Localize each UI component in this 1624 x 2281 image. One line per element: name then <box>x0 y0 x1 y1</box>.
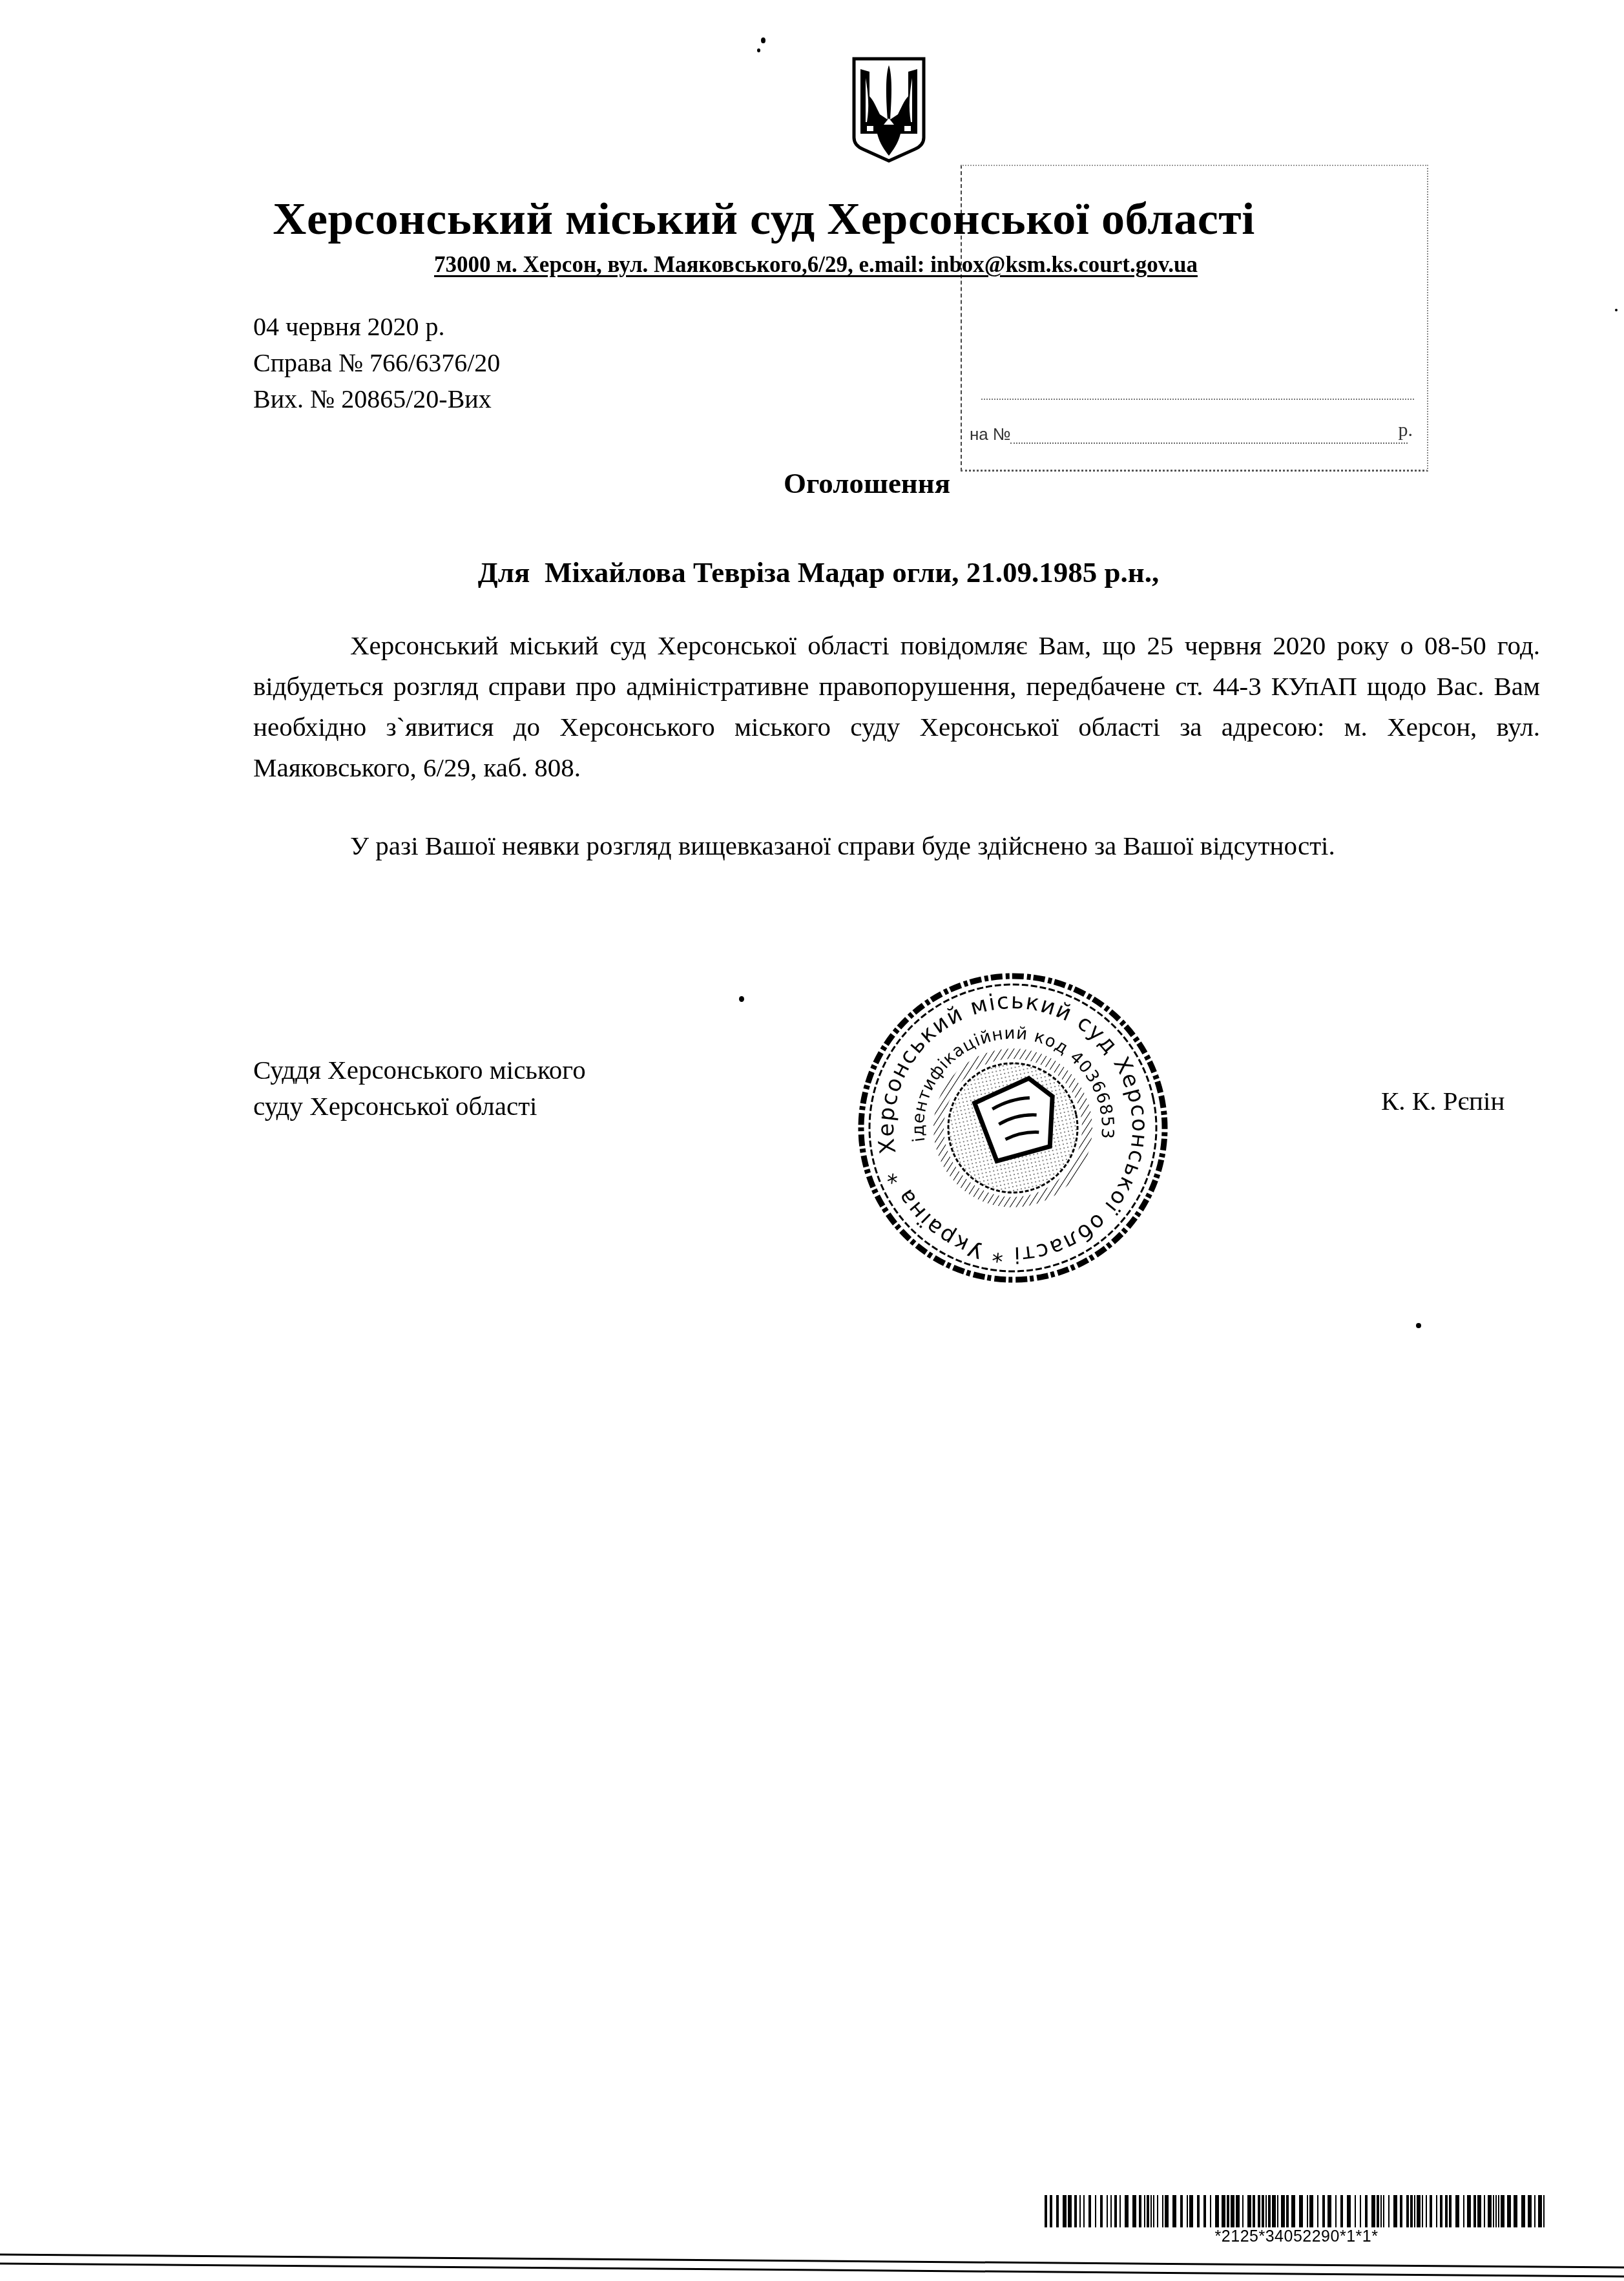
court-seal-stamp: Херсонський міський суд Херсонської обла… <box>851 966 1174 1289</box>
absence-paragraph: У разі Вашої неявки розгляд вищевказаної… <box>253 826 1540 866</box>
barcode-number: *2125*34052290*1*1* <box>1045 2227 1548 2246</box>
judge-name: К. К. Рєпін <box>1381 1085 1504 1116</box>
announcement-title: Оголошення <box>0 466 1624 500</box>
addressee-line: Для Міхайлова Тевріза Мадар огли, 21.09.… <box>0 556 1624 589</box>
scan-speck <box>1615 309 1618 311</box>
scan-speck <box>757 48 760 52</box>
judge-title-line2: суду Херсонської області <box>253 1088 586 1124</box>
scan-speck <box>761 37 765 43</box>
scan-speck <box>739 996 744 1002</box>
document-barcode <box>1045 2195 1548 2227</box>
outgoing-number: Вих. № 20865/20-Вих <box>253 381 492 417</box>
judge-title-line1: Суддя Херсонського міського <box>253 1052 586 1088</box>
ukraine-coat-of-arms-icon <box>848 55 930 165</box>
court-name-heading: Херсонський міський суд Херсонської обла… <box>0 194 1624 245</box>
scan-edge-lines <box>0 2248 1624 2280</box>
court-address-line: 73000 м. Херсон, вул. Маяковського,6/29,… <box>434 252 1198 278</box>
document-date: 04 червня 2020 р. <box>253 309 445 345</box>
case-number: Справа № 766/6376/20 <box>253 345 500 381</box>
notice-paragraph: Херсонський міський суд Херсонської обла… <box>253 625 1540 788</box>
registry-ref-label: на № <box>970 424 1011 444</box>
registry-year-suffix: р. <box>1399 419 1413 441</box>
registry-line <box>981 399 1414 400</box>
judge-title: Суддя Херсонського міського суду Херсонс… <box>253 1052 586 1124</box>
scan-speck <box>1416 1323 1421 1328</box>
registry-ref-blank <box>1010 443 1408 444</box>
